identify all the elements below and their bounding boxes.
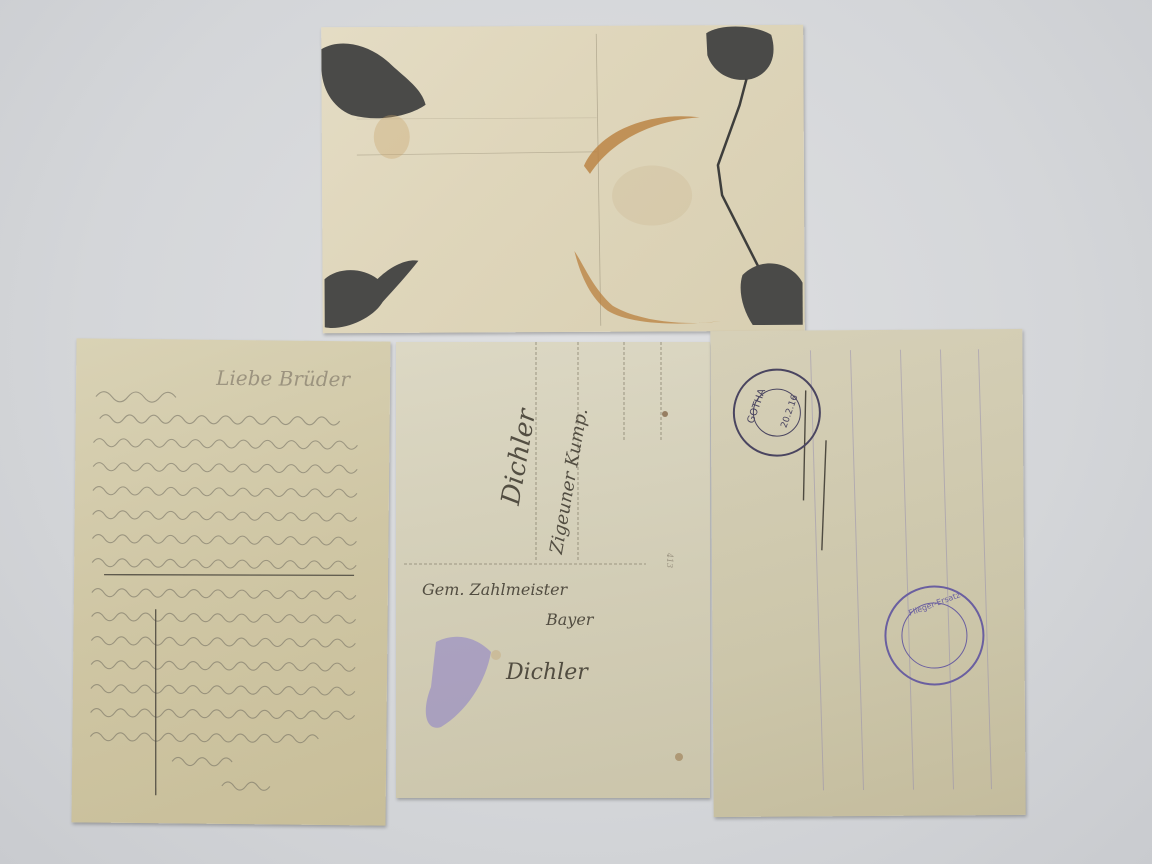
postcard-top — [321, 25, 805, 334]
postcard-top-marks — [321, 25, 805, 334]
postcard-middle-marks — [396, 342, 710, 798]
sender-line-1: Gem. Zahlmeister — [422, 580, 567, 599]
postcard-left-marks — [71, 338, 390, 825]
postcard-left: Liebe Brüder — [71, 338, 390, 825]
gotha-postmark: GOTHA 20.2.16 — [733, 368, 822, 457]
greeting-text: Liebe Brüder — [216, 366, 350, 391]
sender-line-3: Dichler — [506, 660, 588, 685]
postcard-middle: Dichler Zigeuner Kump. Gem. Zahlmeister … — [396, 342, 710, 798]
postcard-right: GOTHA 20.2.16 Flieger-Ersatz — [710, 329, 1025, 817]
sender-line-2: Bayer — [546, 610, 593, 629]
print-mark: 413 — [665, 553, 674, 568]
unit-stamp: Flieger-Ersatz — [884, 585, 985, 686]
